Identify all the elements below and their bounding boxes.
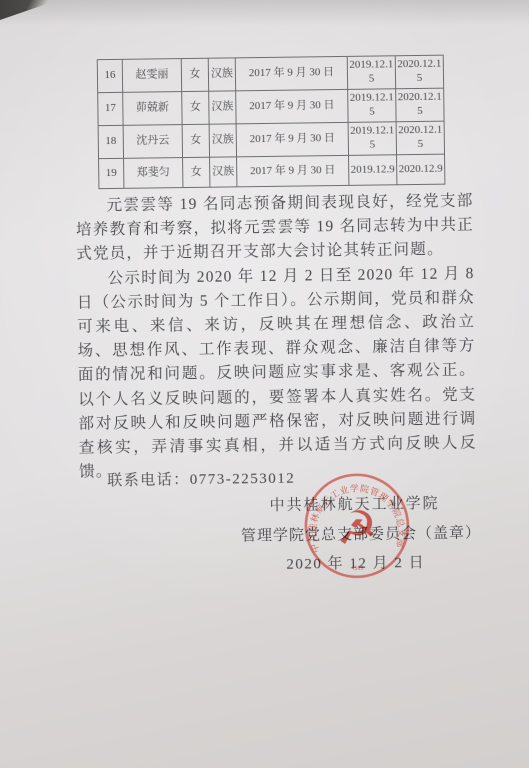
- member-ethnicity: 汉族: [209, 124, 236, 157]
- member-name: 郑斐匀: [124, 158, 183, 189]
- paper-sheet: 16 赵雯丽 女 汉族 2017 年 9 月 30 日 2019.12.15 2…: [0, 0, 529, 768]
- join-date: 2017 年 9 月 30 日: [236, 89, 348, 123]
- transfer-date: 2020.12.15: [395, 55, 443, 89]
- table-row: 17 茆兢新 女 汉族 2017 年 9 月 30 日 2019.12.15 2…: [98, 88, 444, 126]
- member-gender: 女: [183, 157, 210, 187]
- member-gender: 女: [181, 58, 208, 91]
- transfer-date: 2020.12.15: [396, 121, 444, 155]
- member-roster-table: 16 赵雯丽 女 汉族 2017 年 9 月 30 日 2019.12.15 2…: [97, 55, 446, 190]
- member-name: 赵雯丽: [122, 59, 181, 93]
- announcement-body: 元雲雲等 19 名同志预备期间表现良好，经党支部培养教育和考察，拟将元雲雲等 1…: [76, 189, 478, 485]
- join-date: 2017 年 9 月 30 日: [235, 56, 347, 90]
- member-ethnicity: 汉族: [209, 91, 236, 124]
- document-photo: 16 赵雯丽 女 汉族 2017 年 9 月 30 日 2019.12.15 2…: [0, 0, 529, 768]
- member-ethnicity: 汉族: [208, 58, 235, 91]
- hammer-sickle-icon: ☭: [301, 468, 413, 585]
- row-number: 18: [98, 125, 123, 158]
- contact-phone-line: 联系电话：0773-2253012: [107, 467, 295, 490]
- paragraph-publicity-period: 公示时间为 2020 年 12 月 2 日至 2020 年 12 月 8 日（公…: [76, 262, 477, 485]
- table-row: 19 郑斐匀 女 汉族 2017 年 9 月 30 日 2019.12.9 20…: [99, 154, 445, 189]
- row-number: 19: [99, 158, 124, 188]
- probation-end-date: 2019.12.15: [347, 56, 395, 90]
- probation-end-date: 2019.12.15: [348, 122, 396, 156]
- official-red-seal: 中共桂林航天工业学院管理学院总支部委员会 4503 ☭: [301, 468, 413, 585]
- row-number: 16: [97, 59, 122, 92]
- transfer-date: 2020.12.15: [396, 88, 444, 122]
- table-row: 16 赵雯丽 女 汉族 2017 年 9 月 30 日 2019.12.15 2…: [97, 55, 443, 93]
- probation-end-date: 2019.12.15: [348, 89, 396, 123]
- member-name: 茆兢新: [123, 92, 182, 126]
- transfer-date: 2020.12.9: [397, 154, 445, 185]
- probation-end-date: 2019.12.9: [349, 155, 397, 186]
- table-row: 18 沈丹云 女 汉族 2017 年 9 月 30 日 2019.12.15 2…: [98, 121, 444, 159]
- member-gender: 女: [182, 124, 209, 157]
- member-ethnicity: 汉族: [210, 157, 237, 187]
- row-number: 17: [98, 92, 123, 125]
- paragraph-evaluation: 元雲雲等 19 名同志预备期间表现良好，经党支部培养教育和考察，拟将元雲雲等 1…: [76, 189, 475, 267]
- member-gender: 女: [182, 91, 209, 124]
- join-date: 2017 年 9 月 30 日: [236, 122, 348, 156]
- join-date: 2017 年 9 月 30 日: [237, 155, 349, 186]
- member-name: 沈丹云: [123, 125, 182, 159]
